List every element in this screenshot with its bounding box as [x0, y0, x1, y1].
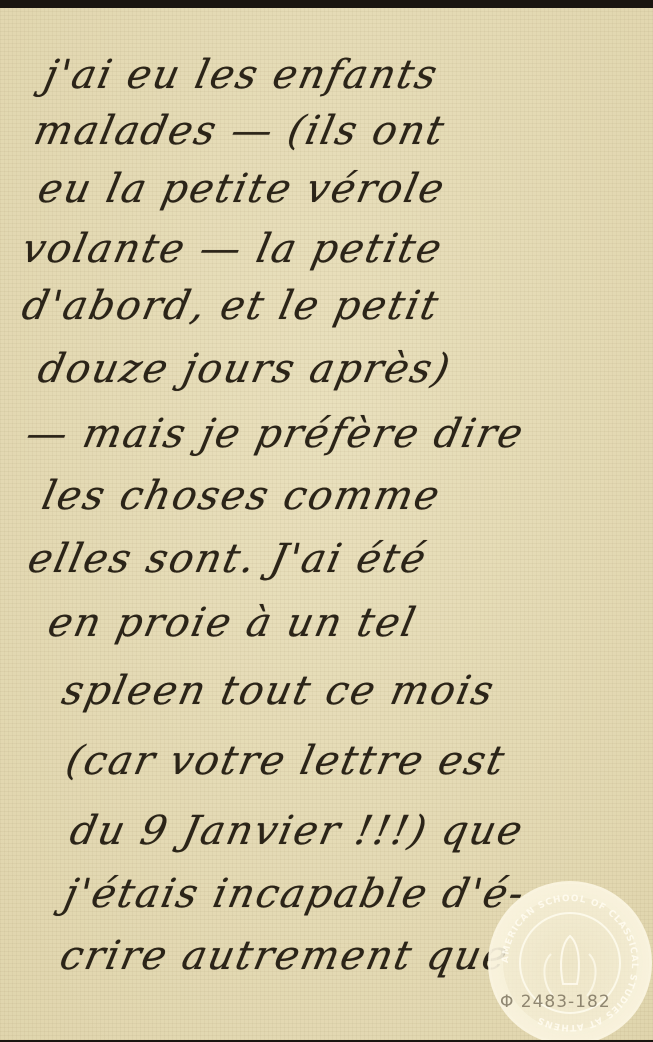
letter-line-4: volante — la petite — [18, 226, 447, 272]
letter-line-7: — mais je préfère dire — [22, 411, 529, 457]
letter-line-3: eu la petite vérole — [34, 166, 450, 212]
letter-line-2: malades — (ils ont — [30, 108, 450, 154]
letter-line-15: crire autrement que — [56, 933, 513, 979]
letter-line-14: j'étais incapable d'é- — [60, 871, 530, 917]
letter-line-1: j'ai eu les enfants — [40, 52, 443, 98]
institution-seal-stamp: AMERICAN SCHOOL OF CLASSICAL STUDIES AT … — [488, 881, 652, 1040]
letter-page: j'ai eu les enfants malades — (ils ont e… — [0, 8, 653, 1040]
letter-line-5: d'abord, et le petit — [18, 283, 444, 329]
letter-line-6: douze jours après) — [34, 346, 456, 392]
letter-line-11: spleen tout ce mois — [58, 668, 499, 714]
letter-line-12: (car votre lettre est — [62, 738, 510, 784]
letter-line-8: les choses comme — [38, 473, 445, 519]
seal-ring-icon: AMERICAN SCHOOL OF CLASSICAL STUDIES AT … — [491, 884, 649, 1040]
letter-line-10: en proie à un tel — [44, 600, 421, 646]
archive-reference-number: Φ 2483-182 — [500, 992, 611, 1012]
letter-line-13: du 9 Janvier !!!) que — [66, 808, 528, 854]
letter-line-9: elles sont. J'ai été — [24, 536, 432, 582]
